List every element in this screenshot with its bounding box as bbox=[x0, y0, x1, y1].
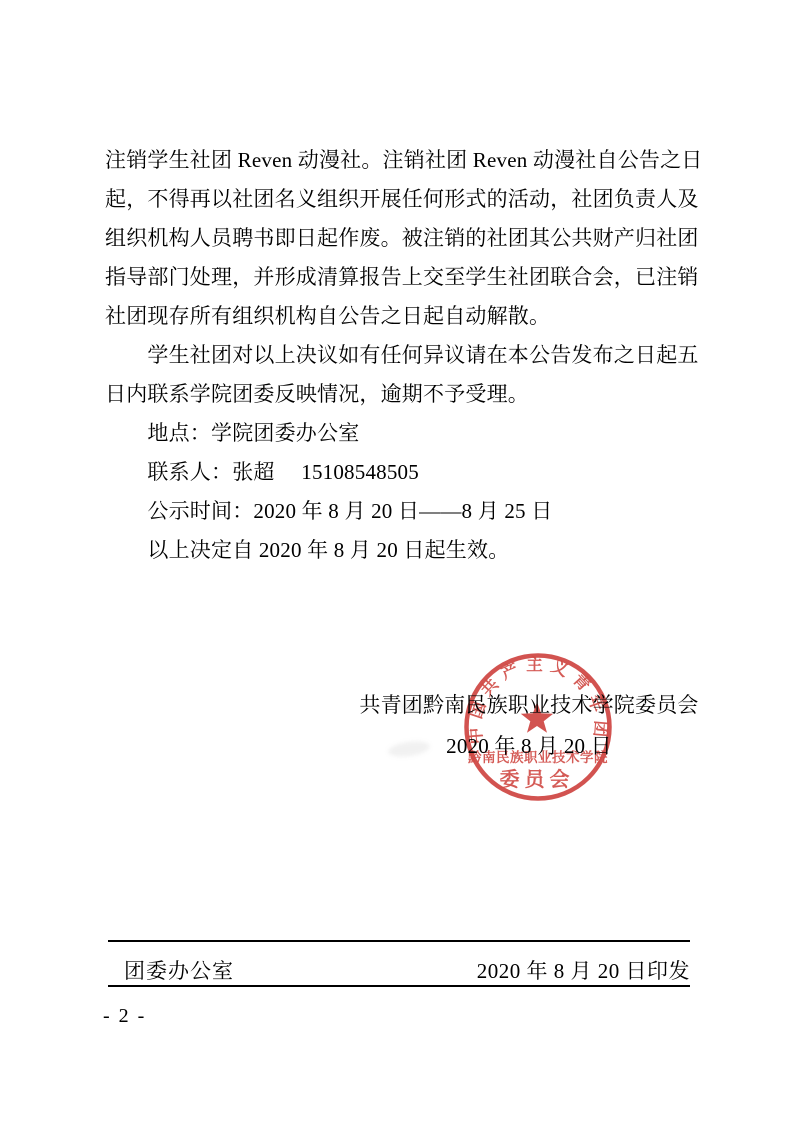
body-line: 联系人：张超 15108548505 bbox=[105, 453, 717, 492]
footer-print-date: 2020 年 8 月 20 日印发 bbox=[477, 959, 690, 983]
body-line: 起，不得再以社团名义组织开展任何形式的活动，社团负责人及 bbox=[105, 180, 717, 219]
body-line: 地点：学院团委办公室 bbox=[105, 414, 717, 453]
body-line: 注销学生社团 Reven 动漫社。注销社团 Reven 动漫社自公告之日 bbox=[105, 141, 717, 180]
svg-text:中国共产主义青年团: 中国共产主义青年团 bbox=[464, 654, 611, 745]
body-line: 组织机构人员聘书即日起作废。被注销的社团其公共财产归社团 bbox=[105, 219, 717, 258]
body-line: 以上决定自 2020 年 8 月 20 日起生效。 bbox=[105, 531, 717, 570]
footer-row: 团委办公室 2020 年 8 月 20 日印发 bbox=[108, 959, 690, 983]
body-line: 公示时间：2020 年 8 月 20 日——8 月 25 日 bbox=[105, 492, 717, 531]
seal-arc-text: 中国共产主义青年团 bbox=[464, 654, 611, 745]
footer-divider-top bbox=[108, 940, 690, 942]
body-text: 注销学生社团 Reven 动漫社。注销社团 Reven 动漫社自公告之日 起，不… bbox=[105, 141, 717, 570]
star-icon bbox=[521, 702, 553, 733]
body-line: 社团现存所有组织机构自公告之日起自动解散。 bbox=[105, 297, 717, 336]
seal-school-name: 黔南民族职业技术学院 bbox=[467, 749, 608, 765]
body-line: 指导部门处理，并形成清算报告上交至学生社团联合会，已注销 bbox=[105, 258, 717, 297]
footer-divider-bottom bbox=[108, 985, 690, 987]
page-number: - 2 - bbox=[103, 1005, 146, 1028]
document-page: 注销学生社团 Reven 动漫社。注销社团 Reven 动漫社自公告之日 起，不… bbox=[0, 0, 793, 1122]
body-line: 日内联系学院团委反映情况，逾期不予受理。 bbox=[105, 375, 717, 414]
body-line: 学生社团对以上决议如有任何异议请在本公告发布之日起五 bbox=[105, 336, 717, 375]
official-seal-stamp: 中国共产主义青年团 黔南民族职业技术学院 委员会 bbox=[456, 645, 620, 809]
footer-issuer: 团委办公室 bbox=[108, 959, 234, 983]
seal-committee-text: 委员会 bbox=[500, 767, 575, 791]
